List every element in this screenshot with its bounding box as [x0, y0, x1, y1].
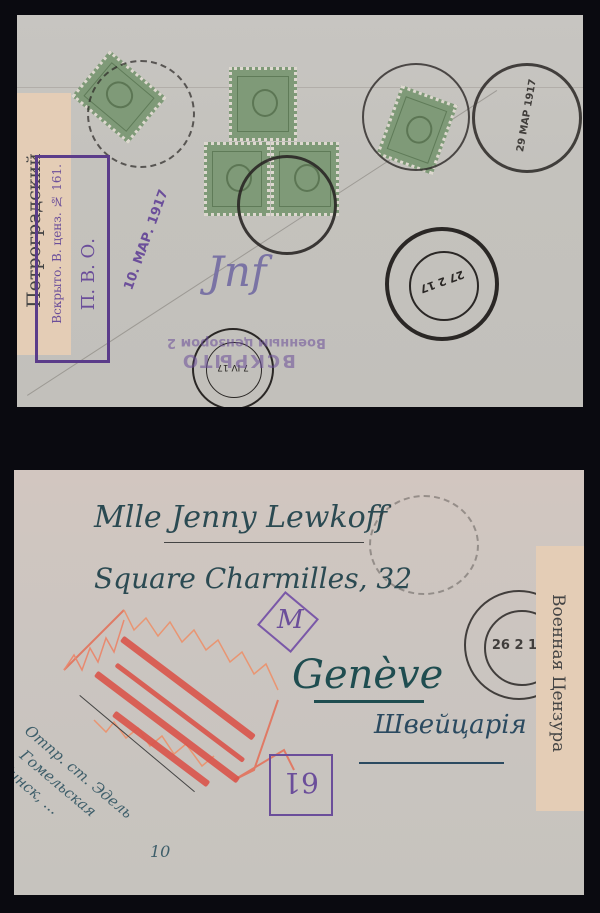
postmark-minsk-back [87, 60, 195, 168]
envelope-back: 29 МАР 1917 27 2 17 7 IV 17 ВСКРЫТО Воен… [17, 15, 583, 407]
postmark-minsk-arrival: 27 2 17 [385, 227, 499, 341]
censor-label-text: Военная Цензура [548, 594, 568, 752]
postmark-petrograd-date: 29 МАР 1917 [513, 63, 542, 167]
violet-censor-line1: ВСКРЫТО [167, 350, 326, 371]
violet-number-box: 61 [269, 754, 333, 816]
postmark-minsk-back-2 [362, 63, 470, 171]
country-underline [359, 762, 504, 764]
violet-date-stamp: 10. МАР. 1917 [121, 188, 171, 292]
address-line-4: Швейцарія [374, 710, 527, 740]
violet-censor-stamp: ВСКРЫТО Военным цензором 2 [167, 335, 326, 371]
violet-monogram: M [277, 605, 304, 635]
address-line-1: Mlle Jenny Lewkoff [94, 500, 387, 535]
violet-number: 61 [271, 766, 331, 799]
envelope-front: M 61 Mlle Jenny Lewkoff Square Charmille… [14, 470, 584, 895]
postmark-petrograd: 29 МАР 1917 [472, 63, 582, 173]
address-line-2: Square Charmilles, 32 [94, 562, 412, 595]
stamp [229, 67, 297, 141]
signature: Jnf [207, 247, 266, 296]
sender-note-number: 10 [150, 842, 170, 861]
censor-box-line2: П. В. О. [78, 238, 99, 310]
postmark-star [237, 155, 337, 255]
postmark-faint [369, 495, 479, 595]
address-underline [164, 542, 364, 543]
censor-box-line1: Вскрыто. В. ценз. № 161. [50, 164, 64, 324]
violet-censor-line2: Военным цензором 2 [167, 335, 326, 350]
city-underline [314, 700, 424, 703]
censor-box: Вскрыто. В. ценз. № 161. П. В. О. [35, 155, 110, 363]
address-line-3: Genève [292, 652, 443, 698]
censor-label-military: Военная Цензура [536, 546, 584, 811]
